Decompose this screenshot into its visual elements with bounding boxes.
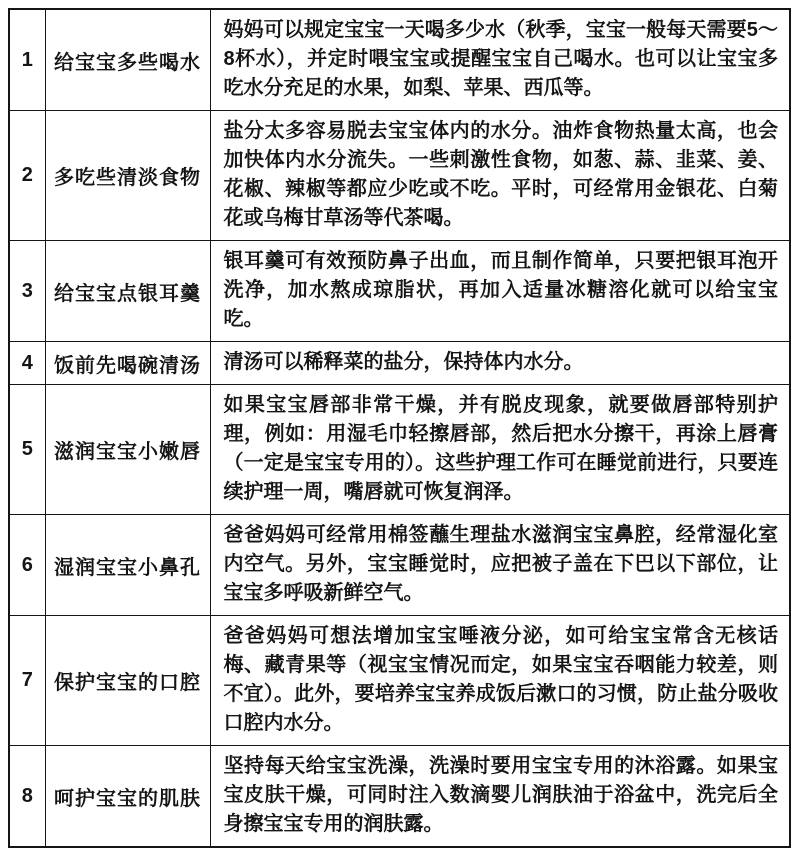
- row-number: 5: [9, 385, 45, 515]
- row-title: 滋润宝宝小嫩唇: [45, 385, 210, 515]
- row-number: 4: [9, 342, 45, 385]
- row-content: 爸爸妈妈可经常用棉签蘸生理盐水滋润宝宝鼻腔，经常湿化室内空气。另外，宝宝睡觉时，…: [210, 515, 790, 616]
- row-title: 给宝宝多些喝水: [45, 9, 210, 111]
- table-row: 3 给宝宝点银耳羹 银耳羹可有效预防鼻子出血，而且制作简单，只要把银耳泡开洗净，…: [9, 241, 790, 342]
- table-row: 1 给宝宝多些喝水 妈妈可以规定宝宝一天喝多少水（秋季，宝宝一般每天需要5～8杯…: [9, 9, 790, 111]
- row-number: 8: [9, 746, 45, 848]
- row-content: 妈妈可以规定宝宝一天喝多少水（秋季，宝宝一般每天需要5～8杯水），并定时喂宝宝或…: [210, 9, 790, 111]
- document-page: 1 给宝宝多些喝水 妈妈可以规定宝宝一天喝多少水（秋季，宝宝一般每天需要5～8杯…: [0, 0, 800, 675]
- baby-care-table: 1 给宝宝多些喝水 妈妈可以规定宝宝一天喝多少水（秋季，宝宝一般每天需要5～8杯…: [8, 8, 791, 848]
- row-number: 1: [9, 9, 45, 111]
- row-content: 清汤可以稀释菜的盐分，保持体内水分。: [210, 342, 790, 385]
- row-number: 2: [9, 111, 45, 241]
- row-content: 坚持每天给宝宝洗澡，洗澡时要用宝宝专用的沐浴露。如果宝宝皮肤干燥，可同时注入数滴…: [210, 746, 790, 848]
- table-row: 5 滋润宝宝小嫩唇 如果宝宝唇部非常干燥，并有脱皮现象，就要做唇部特别护理，例如…: [9, 385, 790, 515]
- row-number: 7: [9, 616, 45, 746]
- table-row: 2 多吃些清淡食物 盐分太多容易脱去宝宝体内的水分。油炸食物热量太高，也会加快体…: [9, 111, 790, 241]
- table-row: 8 呵护宝宝的肌肤 坚持每天给宝宝洗澡，洗澡时要用宝宝专用的沐浴露。如果宝宝皮肤…: [9, 746, 790, 848]
- row-title: 多吃些清淡食物: [45, 111, 210, 241]
- table-row: 7 保护宝宝的口腔 爸爸妈妈可想法增加宝宝唾液分泌，如可给宝宝常含无核话梅、藏青…: [9, 616, 790, 746]
- row-content: 爸爸妈妈可想法增加宝宝唾液分泌，如可给宝宝常含无核话梅、藏青果等（视宝宝情况而定…: [210, 616, 790, 746]
- table-row: 4 饭前先喝碗清汤 清汤可以稀释菜的盐分，保持体内水分。: [9, 342, 790, 385]
- table-body: 1 给宝宝多些喝水 妈妈可以规定宝宝一天喝多少水（秋季，宝宝一般每天需要5～8杯…: [9, 9, 790, 847]
- row-title: 湿润宝宝小鼻孔: [45, 515, 210, 616]
- row-number: 3: [9, 241, 45, 342]
- row-title: 呵护宝宝的肌肤: [45, 746, 210, 848]
- row-title: 饭前先喝碗清汤: [45, 342, 210, 385]
- table-row: 6 湿润宝宝小鼻孔 爸爸妈妈可经常用棉签蘸生理盐水滋润宝宝鼻腔，经常湿化室内空气…: [9, 515, 790, 616]
- row-content: 盐分太多容易脱去宝宝体内的水分。油炸食物热量太高，也会加快体内水分流失。一些刺激…: [210, 111, 790, 241]
- row-content: 银耳羹可有效预防鼻子出血，而且制作简单，只要把银耳泡开洗净，加水熬成琼脂状，再加…: [210, 241, 790, 342]
- row-title: 给宝宝点银耳羹: [45, 241, 210, 342]
- row-content: 如果宝宝唇部非常干燥，并有脱皮现象，就要做唇部特别护理，例如：用湿毛巾轻擦唇部，…: [210, 385, 790, 515]
- row-number: 6: [9, 515, 45, 616]
- row-title: 保护宝宝的口腔: [45, 616, 210, 746]
